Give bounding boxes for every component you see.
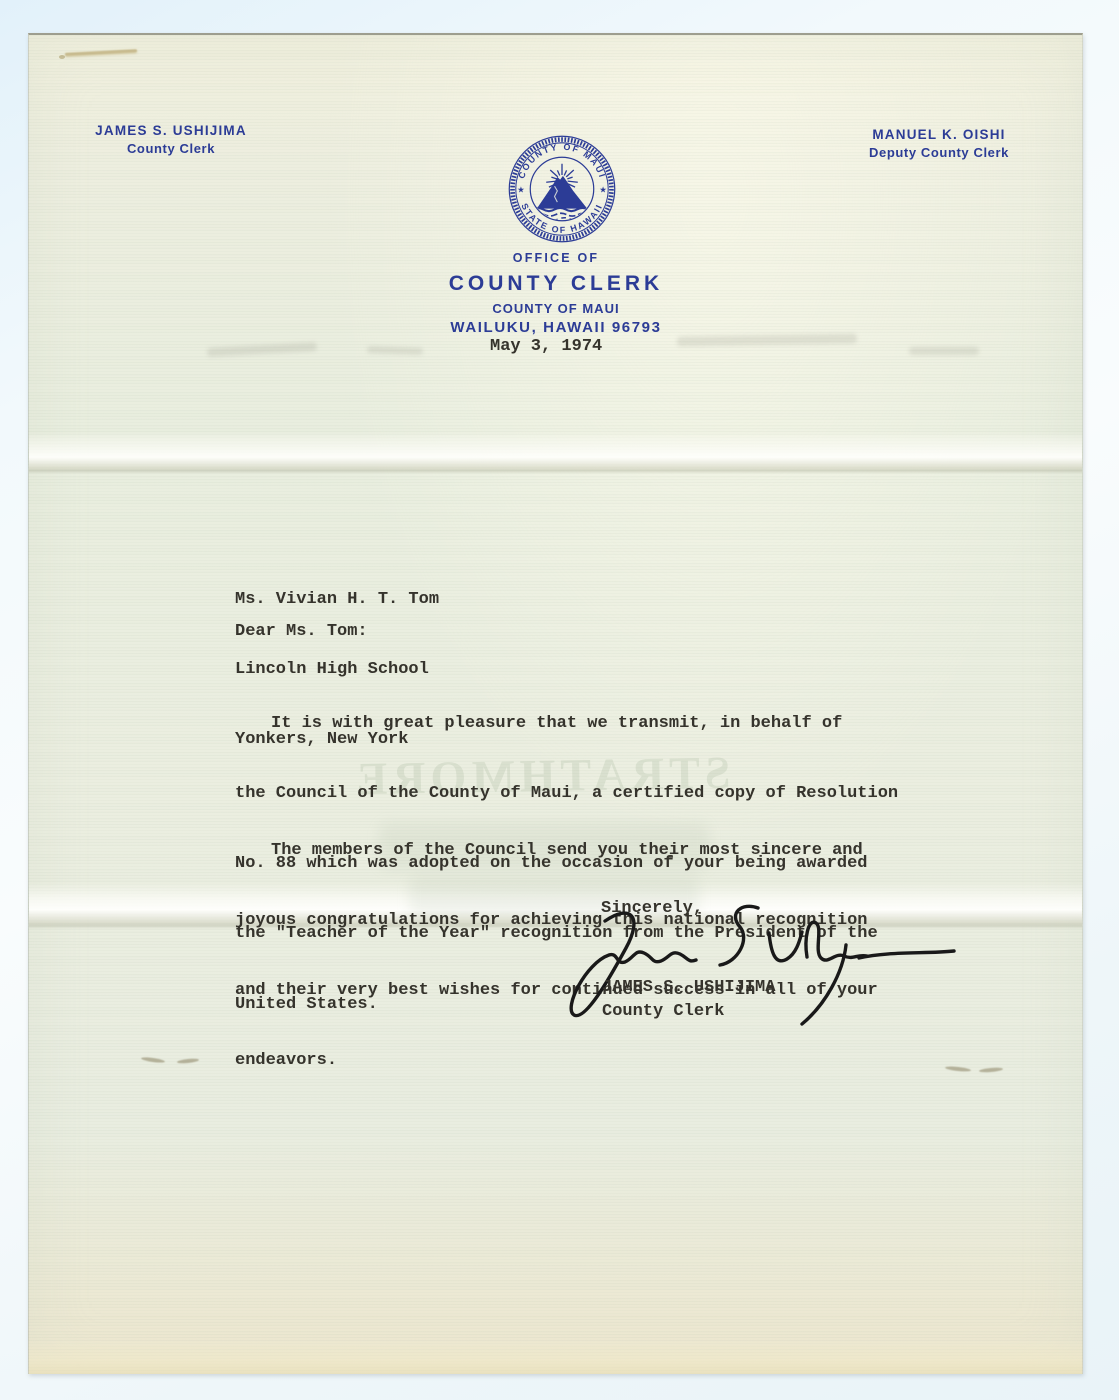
body-line: It is with great pleasure that we transm…: [235, 712, 898, 735]
deputy-county-clerk-officer-block: MANUEL K. OISHI Deputy County Clerk: [829, 127, 1049, 160]
county-clerk-officer-block: JAMES S. USHIJIMA County Clerk: [61, 123, 281, 156]
county-of-maui-label: COUNTY OF MAUI: [356, 301, 756, 316]
staple-mark: [945, 1066, 971, 1073]
officer-name: MANUEL K. OISHI: [829, 127, 1049, 142]
office-address-block: OFFICE OF COUNTY CLERK COUNTY OF MAUI WA…: [356, 251, 756, 336]
recipient-name: Ms. Vivian H. T. Tom: [235, 588, 439, 611]
staple-mark: [59, 55, 65, 59]
staple-mark: [177, 1058, 199, 1064]
closing-sincerely: Sincerely,: [601, 897, 703, 920]
staple-mark: [141, 1056, 165, 1063]
staple-mark: [979, 1067, 1003, 1073]
bottom-edge-shading: [29, 1340, 1082, 1374]
body-line: The members of the Council send you thei…: [235, 839, 878, 862]
county-of-maui-seal-icon: COUNTY OF MAUI STATE OF HAWAII ★ ★: [506, 133, 618, 245]
letter-date: May 3, 1974: [490, 335, 602, 358]
scanned-letter-screen: STRATHMORE JAMES S. USHIJIMA County Cler…: [0, 0, 1119, 1400]
office-of-label: OFFICE OF: [356, 251, 756, 265]
pencil-smudge: [367, 346, 423, 355]
officer-title: County Clerk: [61, 141, 281, 156]
signature-typed-title: County Clerk: [602, 1000, 724, 1023]
county-clerk-title: COUNTY CLERK: [356, 272, 756, 296]
city-state-zip: WAILUKU, HAWAII 96793: [356, 319, 756, 336]
body-line: endeavors.: [235, 1049, 878, 1072]
staple-mark: [65, 49, 137, 56]
seal-right-star-icon: ★: [599, 184, 607, 194]
officer-name: JAMES S. USHIJIMA: [61, 123, 281, 138]
pencil-smudge: [207, 342, 317, 357]
pencil-smudge: [909, 347, 979, 355]
body-paragraph-2: The members of the Council send you thei…: [235, 792, 878, 1120]
body-line: and their very best wishes for continued…: [235, 979, 878, 1002]
body-line: joyous congratulations for achieving thi…: [235, 909, 878, 932]
signature-typed-name: JAMES S. USHIJIMA: [602, 976, 775, 999]
officer-title: Deputy County Clerk: [829, 145, 1049, 160]
letter-page: STRATHMORE JAMES S. USHIJIMA County Cler…: [28, 33, 1083, 1374]
salutation: Dear Ms. Tom:: [235, 620, 368, 643]
fold-crease-top: [29, 432, 1082, 474]
seal-left-star-icon: ★: [517, 184, 525, 194]
